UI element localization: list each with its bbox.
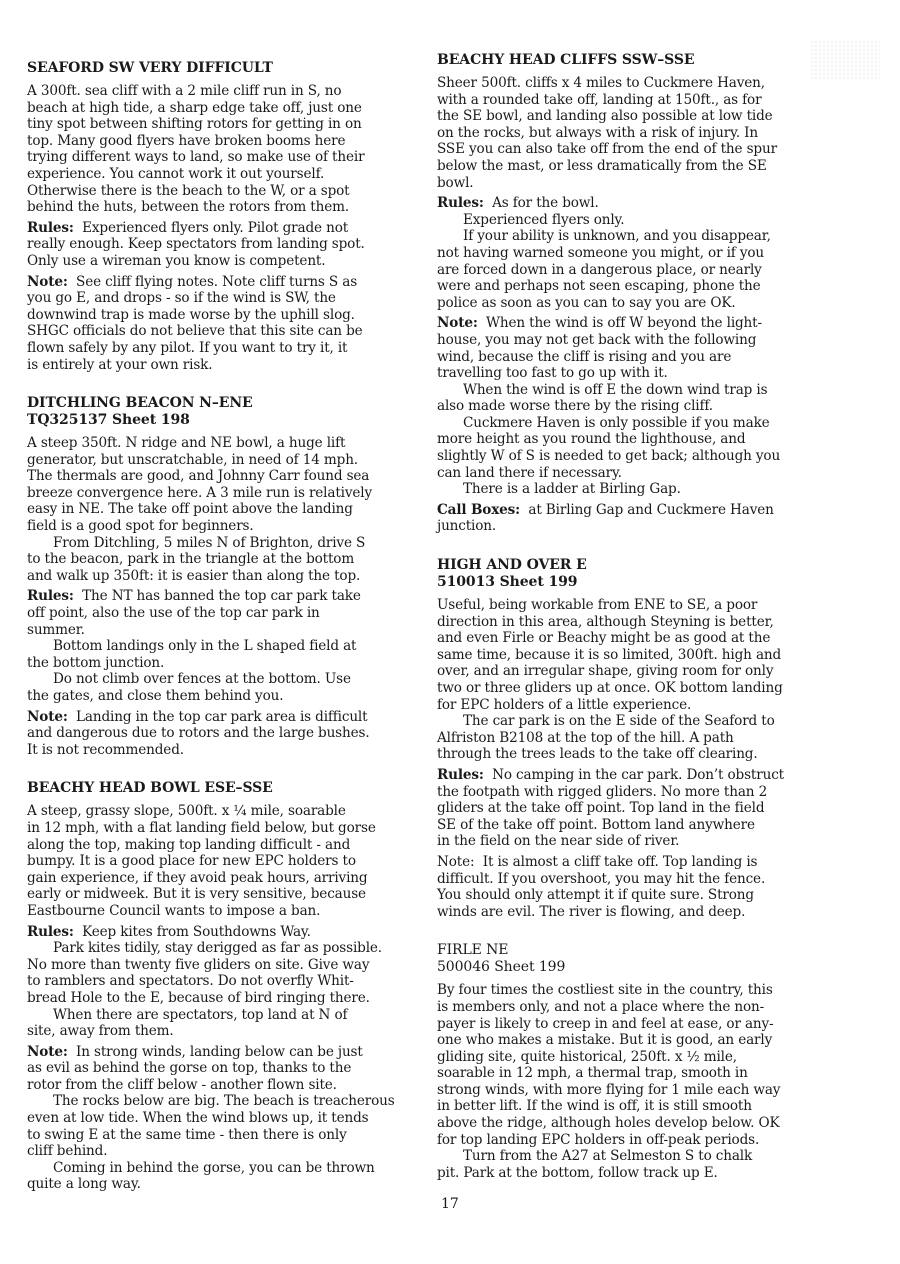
rules-label: Rules: (437, 195, 484, 211)
site-rules-continued: Experienced flyers only. (437, 212, 837, 229)
rules-label: Rules: (27, 588, 74, 604)
site-heading: SEAFORD SW VERY DIFFICULT (27, 60, 442, 77)
site-rules-continued: Bottom landings only in the L shaped fie… (27, 638, 442, 671)
site-description: By four times the costliest site in the … (437, 982, 837, 1148)
page-number: 17 (441, 1196, 459, 1212)
site-call-boxes: Call Boxes: at Birling Gap and Cuckmere … (437, 502, 837, 535)
site-description: A steep, grassy slope, 500ft. x ¼ mile, … (27, 803, 442, 919)
site-beachy-head-cliffs: BEACHY HEAD CLIFFS SSW–SSE Sheer 500ft. … (437, 52, 837, 535)
site-note: Note: See cliff flying notes. Note cliff… (27, 274, 442, 374)
site-rules-continued: Park kites tidily, stay derigged as far … (27, 940, 442, 1006)
right-column: BEACHY HEAD CLIFFS SSW–SSE Sheer 500ft. … (437, 52, 837, 1203)
site-description: A steep 350ft. N ridge and NE bowl, a hu… (27, 435, 442, 535)
site-rules: Rules: The NT has banned the top car par… (27, 588, 442, 638)
site-high-and-over: HIGH AND OVER E 510013 Sheet 199 Useful,… (437, 557, 837, 920)
site-note-continued: Cuckmere Haven is only possible if you m… (437, 415, 837, 481)
site-rules: Rules: Keep kites from Southdowns Way. (27, 924, 442, 941)
site-beachy-head-bowl: BEACHY HEAD BOWL ESE–SSE A steep, grassy… (27, 780, 442, 1193)
site-directions: From Ditchling, 5 miles N of Brighton, d… (27, 535, 442, 585)
site-firle: FIRLE NE 500046 Sheet 199 By four times … (437, 942, 837, 1181)
site-rules-continued: Do not climb over fences at the bottom. … (27, 671, 442, 704)
call-boxes-label: Call Boxes: (437, 502, 520, 518)
note-label: Note: (27, 709, 68, 725)
site-note: Note: In strong winds, landing below can… (27, 1044, 442, 1094)
site-note-continued: When the wind is off E the down wind tra… (437, 382, 837, 415)
site-heading: FIRLE NE 500046 Sheet 199 (437, 942, 837, 976)
site-rules: Rules: No camping in the car park. Don’t… (437, 767, 837, 850)
site-description: Useful, being workable from ENE to SE, a… (437, 597, 837, 713)
site-rules-continued: When there are spectators, top land at N… (27, 1007, 442, 1040)
site-note-continued: The rocks below are big. The beach is tr… (27, 1093, 442, 1159)
site-ditchling-beacon: DITCHLING BEACON N–ENE TQ325137 Sheet 19… (27, 395, 442, 758)
site-note-continued: There is a ladder at Birling Gap. (437, 481, 837, 498)
rules-label: Rules: (437, 767, 484, 783)
note-label: Note: (27, 1044, 68, 1060)
note-label: Note: (437, 315, 478, 331)
site-note-continued: Coming in behind the gorse, you can be t… (27, 1160, 442, 1193)
site-description: A 300ft. sea cliff with a 2 mile cliff r… (27, 83, 442, 216)
site-note: Note: Landing in the top car park area i… (27, 709, 442, 759)
site-heading: BEACHY HEAD BOWL ESE–SSE (27, 780, 442, 797)
site-rules: Rules: Experienced flyers only. Pilot gr… (27, 220, 442, 270)
rules-label: Rules: (27, 924, 74, 940)
note-label: Note: (27, 274, 68, 290)
site-heading: HIGH AND OVER E 510013 Sheet 199 (437, 557, 837, 591)
left-column: SEAFORD SW VERY DIFFICULT A 300ft. sea c… (27, 60, 442, 1215)
site-rules-continued: If your ability is unknown, and you disa… (437, 228, 837, 311)
site-directions: Turn from the A27 at Selmeston S to chal… (437, 1148, 837, 1181)
site-description: Sheer 500ft. cliffs x 4 miles to Cuckmer… (437, 75, 837, 191)
site-heading: DITCHLING BEACON N–ENE TQ325137 Sheet 19… (27, 395, 442, 429)
note-label: Note: (437, 854, 474, 870)
site-note: Note: When the wind is off W beyond the … (437, 315, 837, 381)
site-directions: The car park is on the E side of the Sea… (437, 713, 837, 763)
site-seaford: SEAFORD SW VERY DIFFICULT A 300ft. sea c… (27, 60, 442, 373)
site-rules: Rules: As for the bowl. (437, 195, 837, 212)
site-heading: BEACHY HEAD CLIFFS SSW–SSE (437, 52, 837, 69)
site-note: Note: It is almost a cliff take off. Top… (437, 854, 837, 920)
rules-label: Rules: (27, 220, 74, 236)
